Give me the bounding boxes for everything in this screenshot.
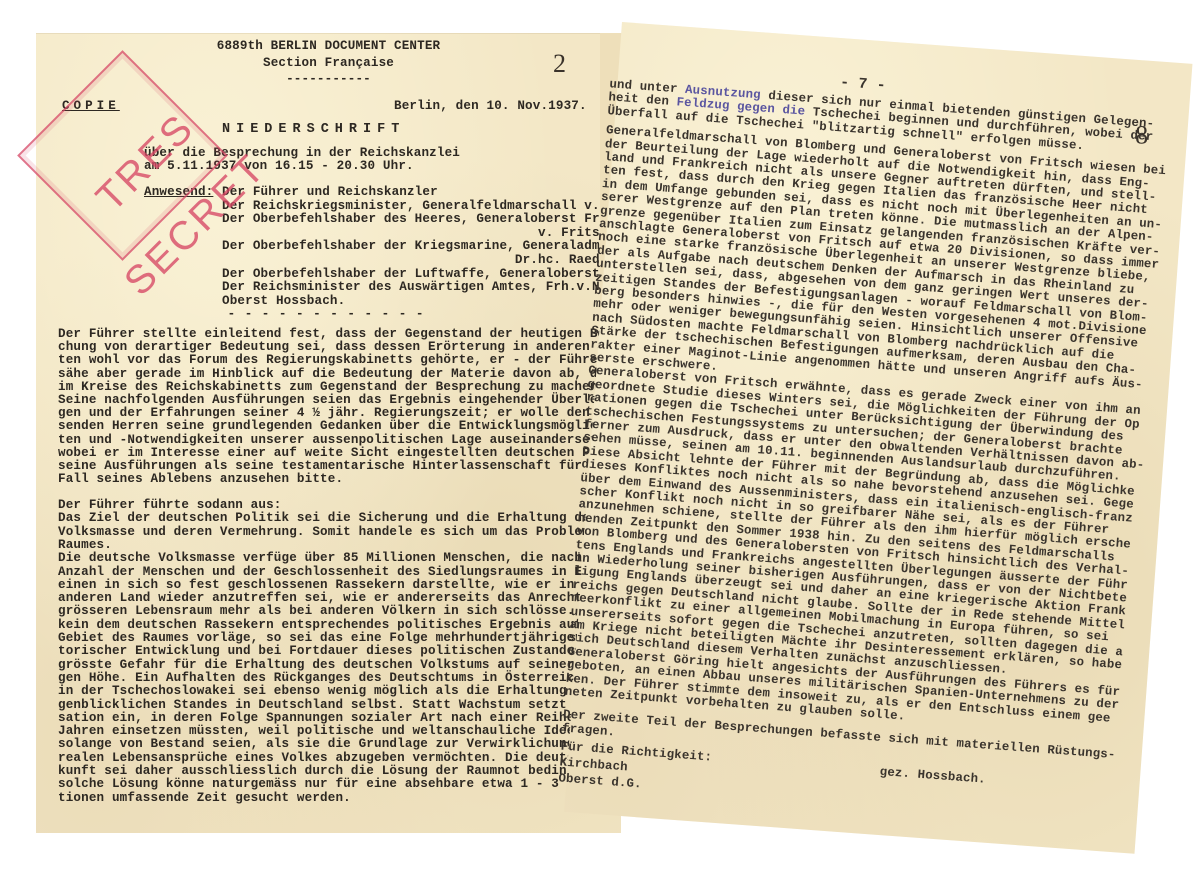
separator: - - - - - - - - - - - - [76, 307, 576, 321]
certifier-rank: Oberst d.G. [558, 771, 642, 791]
paragraph-line: grösseren Lebensraum mehr als bei andere… [58, 604, 613, 618]
paragraph-line: Fall seines Ablebens anzusehen bitte. [58, 472, 343, 486]
document-page-2: 6889th BERLIN DOCUMENT CENTER Section Fr… [36, 33, 621, 833]
paragraph-line: anderen Land wieder anzutreffen sei, wie… [58, 591, 613, 605]
paragraph-line: sähe aber gerade im Hinblick auf die Bed… [58, 367, 628, 381]
signature: gez. Hossbach. [879, 765, 986, 787]
attendee-line: v. Fritsch [222, 226, 615, 240]
typed-page-number: - 7 - [840, 76, 887, 93]
paragraph-line: Seine nachfolgenden Ausführungen seien d… [58, 393, 628, 407]
paragraph-line: Die deutsche Volksmasse verfüge über 85 … [58, 551, 613, 565]
attendee-line: Der Reichsminister des Auswärtigen Amtes… [222, 280, 646, 294]
attendee-line: Der Oberbefehlshaber der Luftwaffe, Gene… [222, 267, 654, 281]
attendee-line: Der Oberbefehlshaber des Heeres, General… [222, 212, 615, 226]
paragraph-line: im Kreise des Reichskabinetts zum Gegens… [58, 380, 605, 394]
paragraph-line: Der Führer führte sodann aus: [58, 498, 282, 512]
paragraph-line: tionen umfassende Zeit gesucht werden. [58, 791, 351, 805]
page-body-text: und unter Ausnutzung dieser sich nur ein… [622, 22, 1192, 64]
paragraph-line: kunft sei daher ausschliesslich durch di… [58, 764, 628, 778]
attendee-line: Der Reichskriegsminister, Generalfeldmar… [222, 199, 661, 213]
paragraph-line: genblicklichen Standes in Deutschland se… [58, 698, 636, 712]
paragraph-line: Das Ziel der deutschen Politik sei die S… [58, 511, 598, 525]
paragraph-line: ten und -Notwendigkeiten unserer aussenp… [58, 433, 628, 447]
handwritten-page-number: 2 [553, 49, 566, 79]
paragraph-line: ten wohl vor das Forum des Regierungskab… [58, 353, 621, 367]
paragraph-line: Gebiet des Raumes vorläge, so sei das ei… [58, 631, 621, 645]
document-page-8: - 7 - 8 und unter Ausnutzung dieser sich… [564, 22, 1192, 854]
paragraph-line: torischer Entwicklung und bei Fortdauer … [58, 644, 613, 658]
place-date: Berlin, den 10. Nov.1937. [394, 99, 587, 113]
paragraph-line: Raumes. [58, 538, 112, 552]
document-title: NIEDERSCHRIFT [222, 123, 405, 137]
page-edge [36, 33, 621, 34]
paragraph-line: sation ein, in deren Folge Spannungen so… [58, 711, 605, 725]
paragraph-line: chung von derartiger Bedeutung sei, dass… [58, 340, 636, 354]
paragraph-line: Jahren einsetzen müssten, weil politisch… [58, 724, 613, 738]
paragraph-line: Der Führer stellte einleitend fest, dass… [58, 327, 636, 341]
paragraph-line: in der Tschechoslowakei sei ebenso wenig… [58, 684, 628, 698]
paragraph-line: Anzahl der Menschen und der Geschlossenh… [58, 565, 621, 579]
paragraph-line: gen Höhe. Ein Aufhalten des Rückganges d… [58, 671, 613, 685]
paragraph-line: kein dem deutschen Rassekern entsprechen… [58, 618, 613, 632]
attendee-line: Dr.hc. Raeder [222, 253, 615, 267]
paragraph-line: solange von Bestand seien, als sie die G… [58, 737, 605, 751]
paragraph-line: fragen. [562, 721, 616, 739]
paragraph-line: Volksmasse und deren Vermehrung. Somit h… [58, 525, 621, 539]
paragraph-line: wobei er im Interesse einer auf weite Si… [58, 446, 636, 460]
attendee-line: Der Oberbefehlshaber der Kriegsmarine, G… [222, 239, 631, 253]
paragraph-line: solche Lösung könne naturgemäss nur für … [58, 777, 621, 791]
paragraph-line: gen und der Erfahrungen seiner 4 ½ jähr.… [58, 406, 636, 420]
paragraph-line: realen Lebensansprüche eines Volkes abzu… [58, 751, 628, 765]
paragraph-line: grösste Gefahr für die Erhaltung des deu… [58, 658, 628, 672]
paragraph-line: senden Herren seine grundlegenden Gedank… [58, 419, 636, 433]
attendee-line: Oberst Hossbach. [222, 294, 345, 308]
paragraph-line: einen in sich so fest geschlossenen Rass… [58, 578, 628, 592]
paragraph-line: seine Ausführungen als seine testamentar… [58, 459, 613, 473]
